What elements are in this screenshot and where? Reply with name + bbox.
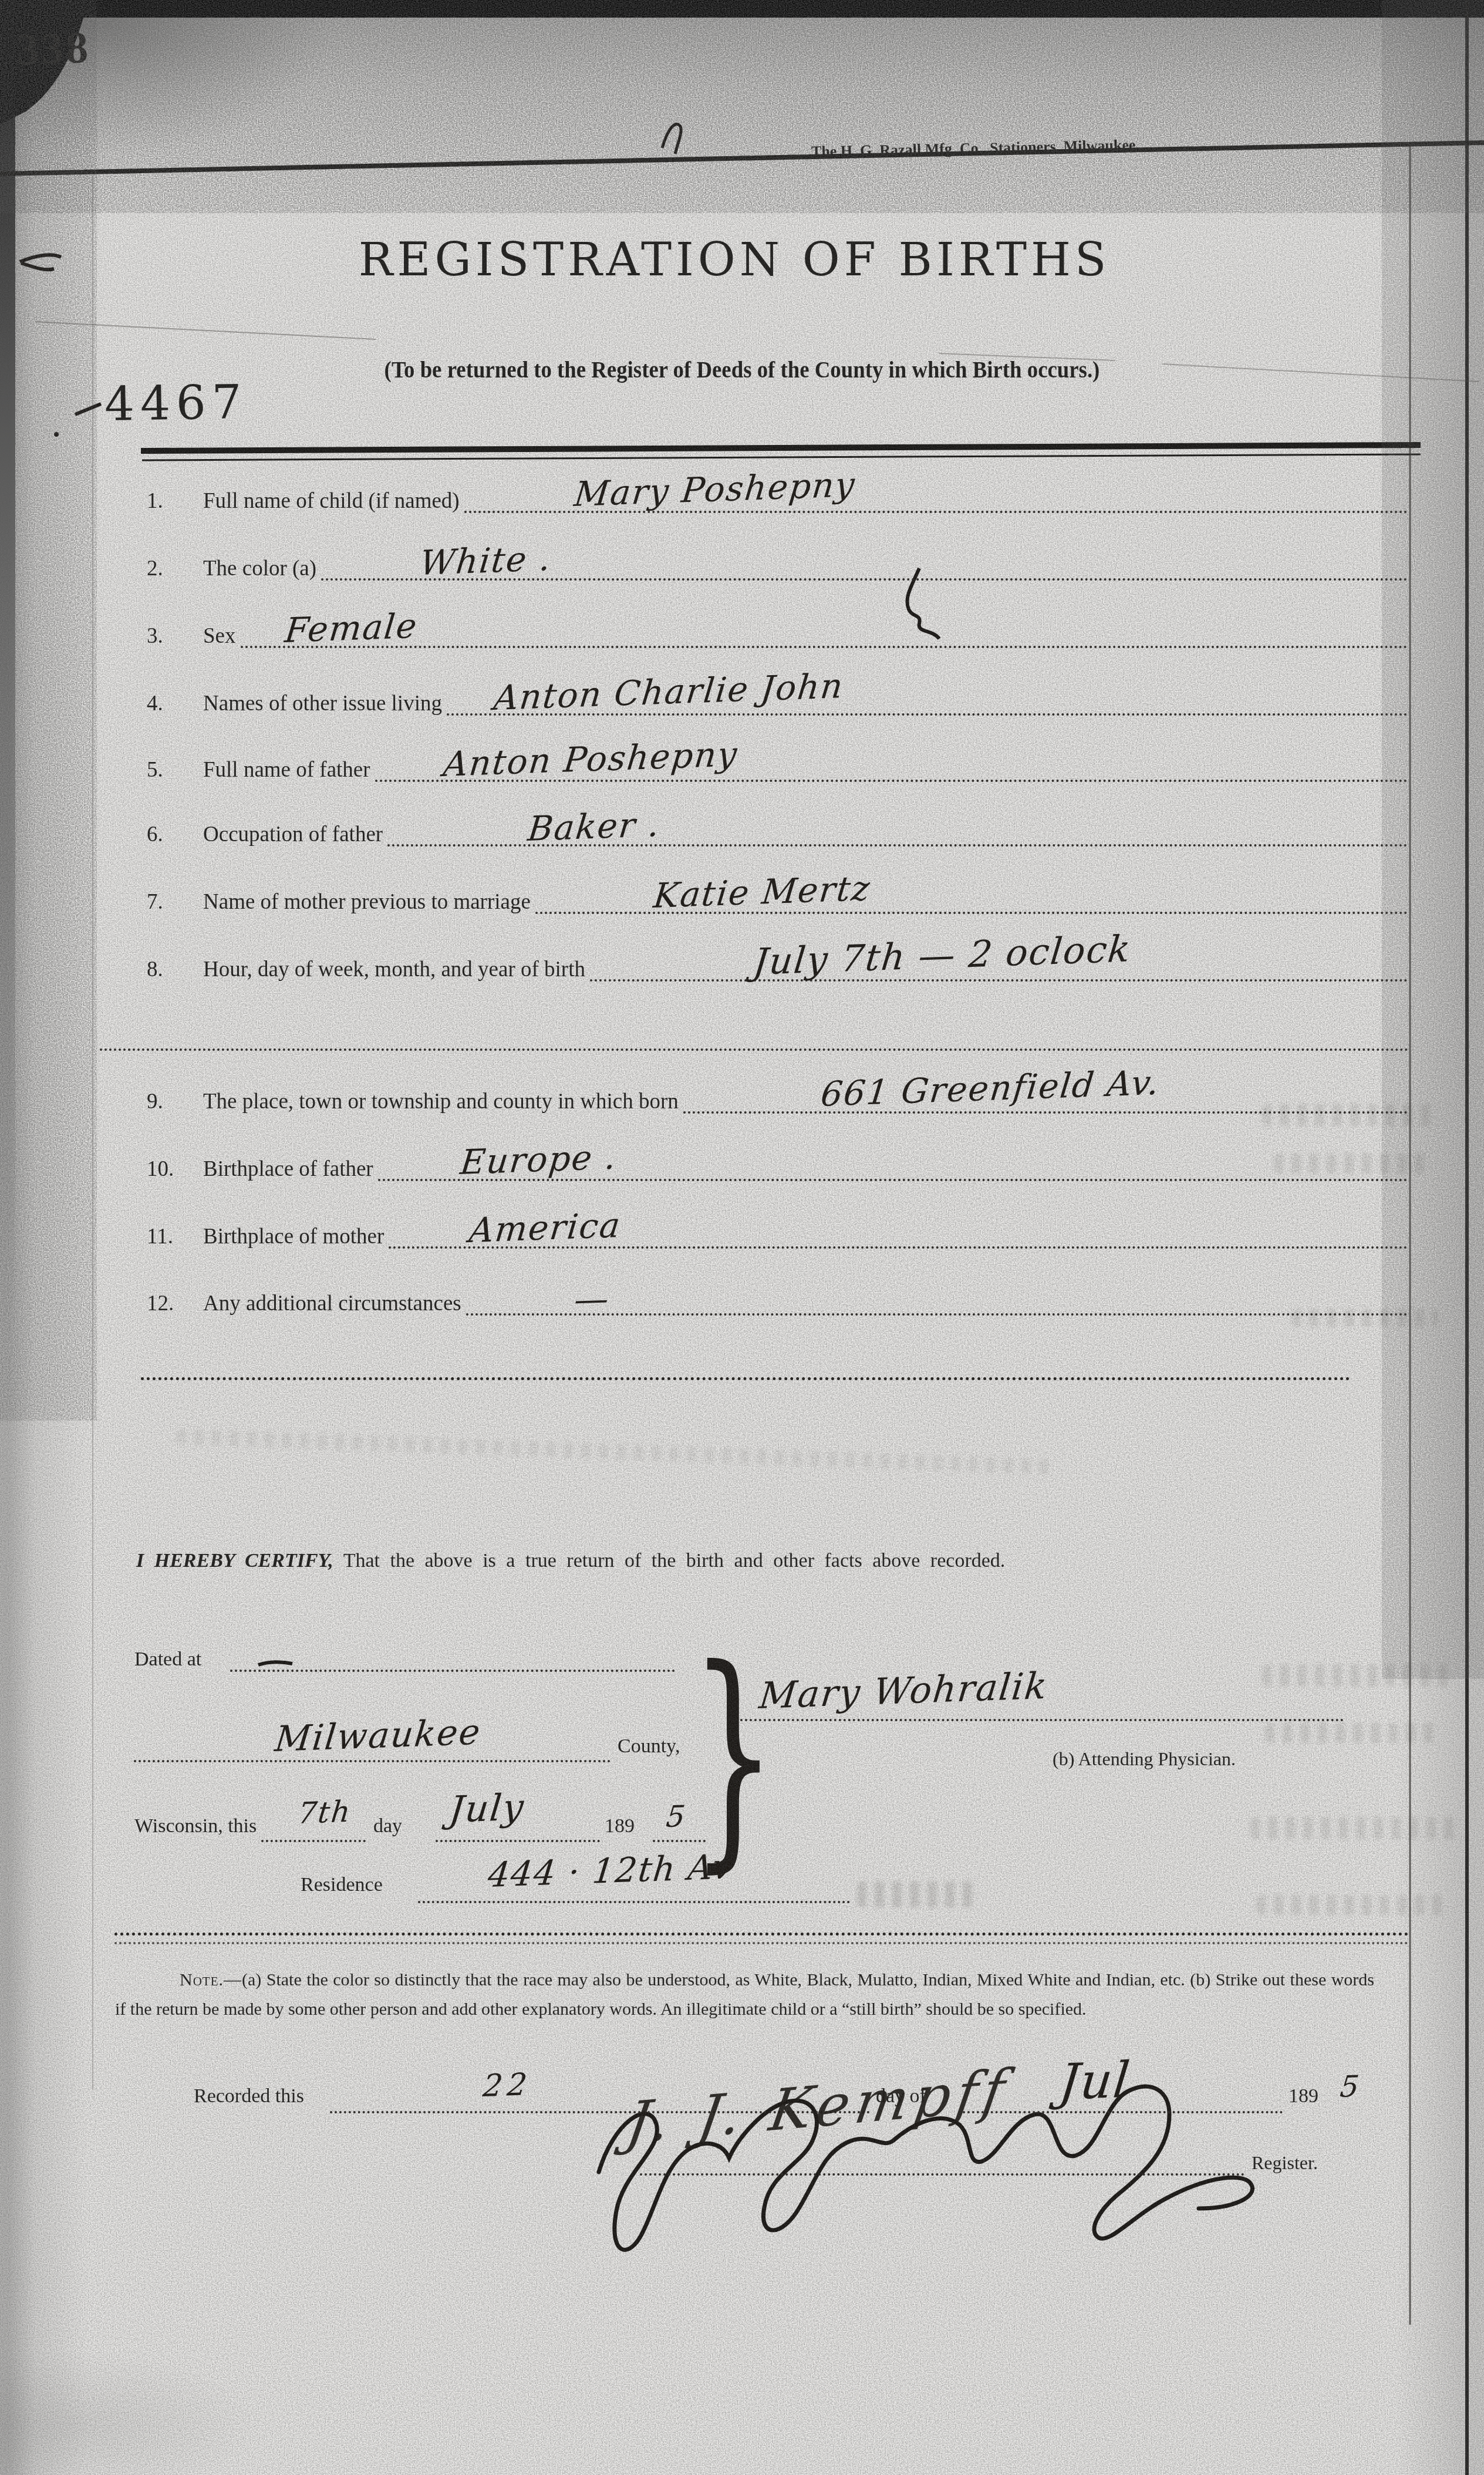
recorded-this-label: Recorded this [194, 2085, 304, 2108]
certification-statement: I HEREBY CERTIFY, That the above is a tr… [136, 1550, 1357, 1572]
form-subtitle: (To be returned to the Register of Deeds… [385, 356, 1100, 383]
handwritten-value: White . [418, 538, 554, 583]
residence-label: Residence [301, 1874, 383, 1896]
field-row-5: 5. Full name of father [147, 759, 1408, 782]
field-number: 10. [147, 1158, 203, 1181]
bleed-through-ghost [1250, 1817, 1462, 1839]
dated-at-dash-stroke [258, 1662, 292, 1665]
head-rule [0, 143, 1484, 174]
field-row-9: 9. The place, town or township and count… [147, 1091, 1408, 1114]
stray-pen-mark-left-margin [20, 255, 61, 269]
month-line [436, 1840, 600, 1842]
stray-pen-mark-top [662, 124, 681, 154]
field-number: 8. [147, 959, 203, 982]
state-line-prefix: Wisconsin, this [134, 1815, 257, 1837]
field-label: Birthplace of mother [203, 1226, 384, 1249]
field-row-12: 12. Any additional circumstances [147, 1293, 1408, 1316]
field-label: Full name of child (if named) [203, 490, 460, 513]
scratch-line [35, 322, 376, 339]
stationer-imprint: The H. G. Razall Mfg. Co., Stationers, M… [811, 136, 1139, 161]
year-prefix: 189 [605, 1815, 635, 1837]
bleed-through-ghost [1262, 1664, 1456, 1687]
recorded-day-handwritten: 22 [481, 2067, 533, 2104]
certify-rest: That the above is a true return of the b… [333, 1550, 1006, 1572]
register-line [640, 2173, 1244, 2176]
county-line [134, 1760, 611, 1762]
year-suffix-handwritten: 5 [665, 1799, 688, 1834]
field-number: 2. [147, 558, 203, 581]
section-separator-dotted [141, 1377, 1350, 1380]
field-number: 3. [147, 625, 203, 648]
field-label: Occupation of father [203, 824, 383, 847]
physician-signature: Mary Wohralik [757, 1664, 1050, 1717]
county-label: County, [618, 1735, 680, 1758]
bleed-through-ghost [1256, 1895, 1444, 1915]
section-separator-dotted [114, 1933, 1409, 1936]
scanned-birth-registration-document: 338 The H. G. Razall Mfg. Co., Stationer… [0, 0, 1484, 2475]
attending-physician-label: (b) Attending Physician. [1053, 1748, 1236, 1770]
recorded-month-handwritten: Jul [1057, 2051, 1134, 2111]
section-separator-dotted [100, 1048, 1409, 1051]
dated-at-line [230, 1670, 675, 1672]
field-label: Full name of father [203, 759, 370, 782]
note-paragraph: Note.—(a) State the color so distinctly … [115, 1965, 1374, 2024]
field-number: 6. [147, 824, 203, 847]
field-row-11: 11. Birthplace of mother [147, 1226, 1408, 1249]
field-label: Names of other issue living [203, 693, 442, 716]
handwritten-value: Katie Mertz [652, 868, 873, 916]
bleed-through-ghost [1265, 1723, 1441, 1743]
ink-dot [54, 432, 59, 437]
field-number: 9. [147, 1091, 203, 1114]
field-number: 5. [147, 759, 203, 782]
field-number: 4. [147, 693, 203, 716]
note-body: (a) State the color so distinctly that t… [115, 1970, 1374, 2019]
section-separator-dotted [114, 1942, 1409, 1944]
day-line [261, 1840, 366, 1842]
register-label: Register. [1252, 2152, 1318, 2174]
handwritten-value: — [572, 1279, 612, 1320]
brace-glyph: } [690, 1638, 777, 1874]
field-row-10: 10. Birthplace of father [147, 1158, 1408, 1181]
physician-signature-line [736, 1719, 1344, 1721]
scan-left-edge [0, 0, 15, 1350]
county-handwritten: Milwaukee [273, 1711, 483, 1760]
scan-top-edge [0, 0, 1484, 18]
field-number: 11. [147, 1226, 203, 1249]
dated-at-label: Dated at [134, 1648, 201, 1671]
field-row-6: 6. Occupation of father [147, 824, 1408, 847]
handwritten-value: Female [283, 606, 420, 650]
field-label: Birthplace of father [203, 1158, 373, 1181]
dotted-rule [590, 975, 1408, 982]
field-row-2: 2. The color (a) [147, 558, 1408, 581]
field-label: The color (a) [203, 558, 316, 581]
field-label: Any additional circumstances [203, 1293, 461, 1316]
field-number: 1. [147, 490, 203, 513]
residence-line [418, 1901, 850, 1903]
double-rule-bottom [142, 454, 1421, 460]
recorded-year-suffix-handwritten: 5 [1338, 2069, 1362, 2104]
day-label: day [373, 1815, 402, 1837]
tick-before-record-number [75, 404, 101, 414]
certify-lead: I HEREBY CERTIFY, [136, 1550, 333, 1572]
recorded-year-prefix: 189 [1289, 2085, 1318, 2108]
field-label: Name of mother previous to marriage [203, 891, 531, 914]
field-label: Hour, day of week, month, and year of bi… [203, 959, 585, 982]
handwritten-value: Europe . [458, 1137, 619, 1182]
register-signature: J. J. Kempff [622, 2056, 1015, 2157]
note-lead: Note.— [180, 1970, 242, 1990]
field-number: 7. [147, 891, 203, 914]
bleed-through-ghost [176, 1429, 1057, 1475]
form-title: REGISTRATION OF BIRTHS [359, 234, 1111, 286]
handwritten-value: Baker . [526, 804, 662, 849]
field-label: The place, town or township and county i… [203, 1091, 679, 1114]
field-number: 12. [147, 1293, 203, 1316]
double-rule-top [141, 445, 1421, 451]
page-number: 338 [16, 22, 92, 76]
record-number: 4467 [104, 375, 248, 431]
dotted-rule [683, 1107, 1408, 1114]
recorded-month-line [963, 2111, 1283, 2113]
ink-smudge [857, 1881, 974, 1907]
scratch-line [1162, 364, 1479, 382]
month-handwritten: July [447, 1785, 527, 1831]
handwritten-value: America [467, 1205, 623, 1250]
field-label: Sex [203, 625, 236, 648]
day-handwritten: 7th [296, 1795, 353, 1830]
